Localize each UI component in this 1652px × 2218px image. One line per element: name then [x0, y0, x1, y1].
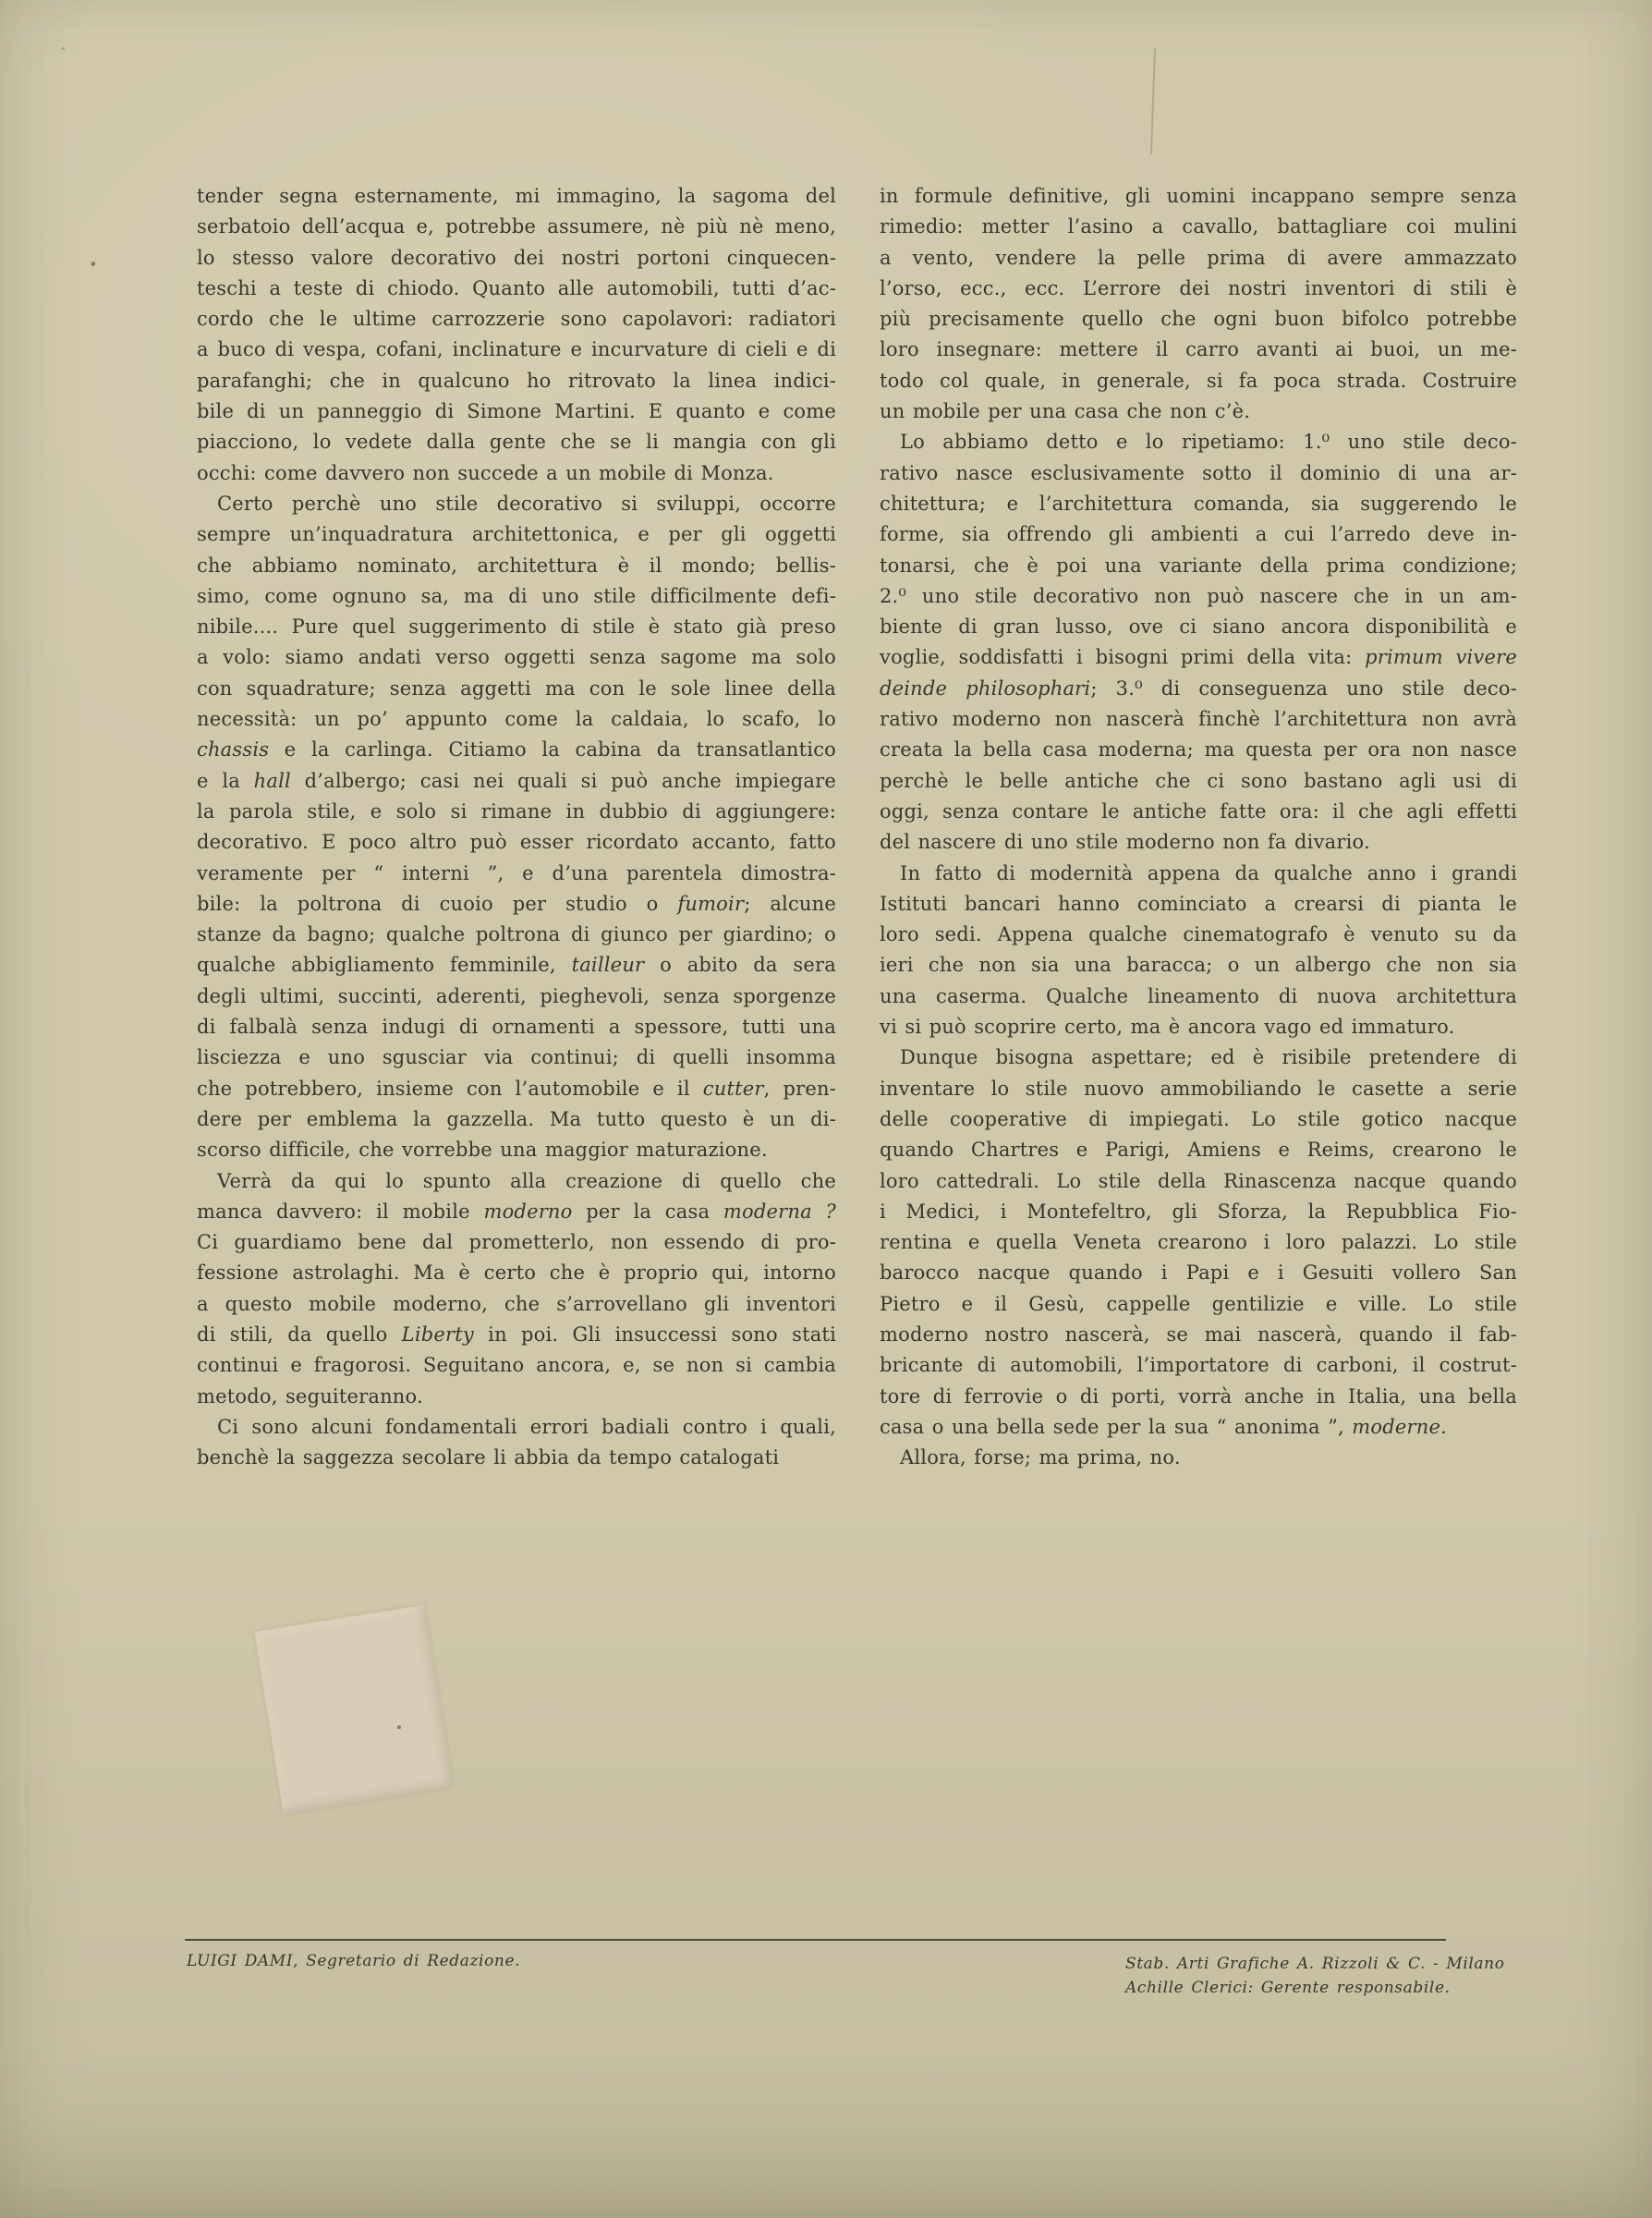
- text-line: voglie, soddisfatti i bisogni primi dell…: [880, 642, 1517, 673]
- text-line: decorativo. E poco altro può esser ricor…: [197, 827, 836, 858]
- text-line: degli ultimi, succinti, aderenti, pieghe…: [197, 981, 836, 1012]
- text-line: Lo abbiamo detto e lo ripetiamo: 1.⁰ uno…: [880, 427, 1517, 457]
- text-line: rentina e quella Veneta crearono i loro …: [880, 1227, 1517, 1258]
- text-line: tonarsi, che è poi una variante della pr…: [880, 551, 1517, 581]
- text-line: una caserma. Qualche lineamento di nuova…: [880, 981, 1517, 1012]
- paragraph: Certo perchè uno stile decorativo si svi…: [197, 489, 836, 1166]
- footer-printer-line: Achille Clerici: Gerente responsabile.: [1125, 1976, 1505, 2000]
- text-line: creata la bella casa moderna; ma questa …: [880, 735, 1517, 765]
- text-line: stanze da bagno; qualche poltrona di giu…: [197, 920, 836, 950]
- text-line: parafanghi; che in qualcuno ho ritrovato…: [197, 366, 836, 396]
- text-line: lo stesso valore decorativo dei nostri p…: [197, 243, 836, 274]
- text-line: a buco di vespa, cofani, inclinature e i…: [197, 335, 836, 365]
- text-line: tore di ferrovie o di porti, vorrà anche…: [880, 1382, 1517, 1412]
- text-line: un mobile per una casa che non c’è.: [880, 396, 1517, 427]
- text-line: teschi a teste di chiodo. Quanto alle au…: [197, 274, 836, 304]
- text-line: benchè la saggezza secolare li abbia da …: [197, 1443, 836, 1473]
- text-line: Allora, forse; ma prima, no.: [880, 1443, 1517, 1473]
- text-line: deinde philosophari; 3.⁰ di conseguenza …: [880, 674, 1517, 704]
- text-line: inventare lo stile nuovo ammobiliando le…: [880, 1074, 1517, 1104]
- text-line: l’orso, ecc., ecc. L’errore dei nostri i…: [880, 274, 1517, 304]
- text-line: casa o una bella sede per la sua “ anoni…: [880, 1412, 1517, 1443]
- text-line: nibile.... Pure quel suggerimento di sti…: [197, 612, 836, 642]
- text-line: rimedio: metter l’asino a cavallo, batta…: [880, 212, 1517, 242]
- text-line: dere per emblema la gazzella. Ma tutto q…: [197, 1104, 836, 1135]
- text-line: scorso difficile, che vorrebbe una maggi…: [197, 1135, 836, 1165]
- text-line: a volo: siamo andati verso oggetti senza…: [197, 642, 836, 673]
- text-line: a vento, vendere la pelle prima di avere…: [880, 243, 1517, 274]
- text-line: forme, sia offrendo gli ambienti a cui l…: [880, 519, 1517, 550]
- paper-patch: [255, 1605, 454, 1815]
- magazine-page: tender segna esternamente, mi immagino, …: [0, 0, 1652, 2218]
- text-line: più precisamente quello che ogni buon bi…: [880, 304, 1517, 335]
- text-line: fessione astrolaghi. Ma è certo che è pr…: [197, 1258, 836, 1288]
- text-line: che potrebbero, insieme con l’automobile…: [197, 1074, 836, 1104]
- text-line: Istituti bancari hanno cominciato a crea…: [880, 889, 1517, 920]
- text-line: biente di gran lusso, ove ci siano ancor…: [880, 612, 1517, 642]
- text-line: 2.⁰ uno stile decorativo non può nascere…: [880, 581, 1517, 612]
- text-line: qualche abbigliamento femminile, tailleu…: [197, 950, 836, 981]
- text-line: i Medici, i Montefeltro, gli Sforza, la …: [880, 1197, 1517, 1227]
- paragraph: Verrà da qui lo spunto alla creazione di…: [197, 1166, 836, 1412]
- text-line: bricante di automobili, l’importatore di…: [880, 1350, 1517, 1381]
- text-line: todo col quale, in generale, si fa poca …: [880, 366, 1517, 396]
- text-line: piacciono, lo vedete dalla gente che se …: [197, 427, 836, 457]
- text-line: a questo mobile moderno, che s’arrovella…: [197, 1289, 836, 1320]
- footer-editor-credit: LUIGI DAMI, Segretario di Redazione.: [187, 1952, 520, 1970]
- text-line: moderno nostro nascerà, se mai nascerà, …: [880, 1320, 1517, 1350]
- text-line: di falbalà senza indugi di ornamenti a s…: [197, 1012, 836, 1042]
- text-line: rativo nasce esclusivamente sotto il dom…: [880, 458, 1517, 489]
- paragraph: In fatto di modernità appena da qualche …: [880, 859, 1517, 1043]
- text-line: rativo moderno non nascerà finchè l’arch…: [880, 704, 1517, 735]
- text-line: e la hall d’albergo; casi nei quali si p…: [197, 766, 836, 797]
- paragraph: tender segna esternamente, mi immagino, …: [197, 181, 836, 489]
- text-line: in formule definitive, gli uomini incapp…: [880, 181, 1517, 212]
- text-line: Verrà da qui lo spunto alla creazione di…: [197, 1166, 836, 1197]
- text-line: con squadrature; senza aggetti ma con le…: [197, 674, 836, 704]
- text-line: bile di un panneggio di Simone Martini. …: [197, 396, 836, 427]
- text-line: Dunque bisogna aspettare; ed è risibile …: [880, 1042, 1517, 1073]
- text-line: lisciezza e uno sgusciar via continui; d…: [197, 1042, 836, 1073]
- text-column-right: in formule definitive, gli uomini incapp…: [880, 181, 1517, 1473]
- text-line: Ci guardiamo bene dal prometterlo, non e…: [197, 1227, 836, 1258]
- footer-printer-credit: Stab. Arti Grafiche A. Rizzoli & C. - Mi…: [1125, 1952, 1505, 2000]
- footer-rule: [185, 1939, 1446, 1941]
- footer-printer-line: Stab. Arti Grafiche A. Rizzoli & C. - Mi…: [1125, 1952, 1505, 1976]
- text-line: ieri che non sia una baracca; o un alber…: [880, 950, 1517, 981]
- text-line: veramente per “ interni ”, e d’una paren…: [197, 859, 836, 889]
- text-line: occhi: come davvero non succede a un mob…: [197, 458, 836, 489]
- text-line: manca davvero: il mobile moderno per la …: [197, 1197, 836, 1227]
- text-line: serbatoio dell’acqua e, potrebbe assumer…: [197, 212, 836, 242]
- text-line: In fatto di modernità appena da qualche …: [880, 859, 1517, 889]
- paragraph: Ci sono alcuni fondamentali errori badia…: [197, 1412, 836, 1474]
- text-line: chassis e la carlinga. Citiamo la cabina…: [197, 735, 836, 765]
- ink-speck: [62, 47, 65, 50]
- text-line: delle cooperative di impiegati. Lo stile…: [880, 1104, 1517, 1135]
- text-line: loro sedi. Appena qualche cinematografo …: [880, 920, 1517, 950]
- text-line: sempre un’inquadratura architettonica, e…: [197, 519, 836, 550]
- text-line: che abbiamo nominato, architettura è il …: [197, 551, 836, 581]
- text-line: Ci sono alcuni fondamentali errori badia…: [197, 1412, 836, 1443]
- text-line: Certo perchè uno stile decorativo si svi…: [197, 489, 836, 519]
- ink-speck: [91, 261, 96, 266]
- text-line: tender segna esternamente, mi immagino, …: [197, 181, 836, 212]
- text-line: chitettura; e l’architettura comanda, si…: [880, 489, 1517, 519]
- text-line: necessità: un po’ appunto come la caldai…: [197, 704, 836, 735]
- text-line: vi si può scoprire certo, ma è ancora va…: [880, 1012, 1517, 1042]
- paragraph: Allora, forse; ma prima, no.: [880, 1443, 1517, 1473]
- text-line: di stili, da quello Liberty in poi. Gli …: [197, 1320, 836, 1350]
- ink-speck: [397, 1725, 401, 1729]
- text-line: metodo, seguiteranno.: [197, 1382, 836, 1412]
- text-line: la parola stile, e solo si rimane in dub…: [197, 797, 836, 827]
- text-line: perchè le belle antiche che ci sono bast…: [880, 766, 1517, 797]
- text-column-left: tender segna esternamente, mi immagino, …: [197, 181, 836, 1473]
- text-line: continui e fragorosi. Seguitano ancora, …: [197, 1350, 836, 1381]
- text-line: cordo che le ultime carrozzerie sono cap…: [197, 304, 836, 335]
- text-line: quando Chartres e Parigi, Amiens e Reims…: [880, 1135, 1517, 1165]
- text-line: barocco nacque quando i Papi e i Gesuiti…: [880, 1258, 1517, 1288]
- paragraph: Dunque bisogna aspettare; ed è risibile …: [880, 1042, 1517, 1443]
- text-line: loro insegnare: mettere il carro avanti …: [880, 335, 1517, 365]
- text-line: loro cattedrali. Lo stile della Rinascen…: [880, 1166, 1517, 1197]
- text-line: simo, come ognuno sa, ma di uno stile di…: [197, 581, 836, 612]
- paragraph: Lo abbiamo detto e lo ripetiamo: 1.⁰ uno…: [880, 427, 1517, 858]
- text-line: Pietro e il Gesù, cappelle gentilizie e …: [880, 1289, 1517, 1320]
- text-line: bile: la poltrona di cuoio per studio o …: [197, 889, 836, 920]
- paragraph: in formule definitive, gli uomini incapp…: [880, 181, 1517, 427]
- text-line: del nascere di uno stile moderno non fa …: [880, 827, 1517, 858]
- text-line: oggi, senza contare le antiche fatte ora…: [880, 797, 1517, 827]
- paper-crease: [1150, 48, 1156, 154]
